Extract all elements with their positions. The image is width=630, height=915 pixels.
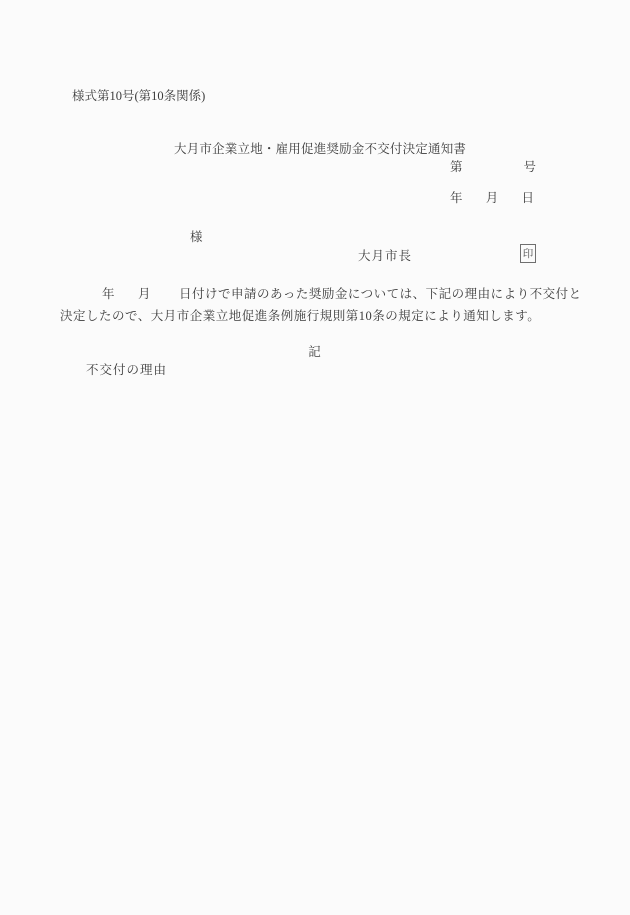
body-line-1: 年月日付けで申請のあった奨励金については、下記の理由により不交付と — [60, 284, 576, 306]
addressee-honorific: 様 — [190, 227, 203, 245]
day-blank — [151, 297, 179, 298]
form-number-label: 様式第10号(第10条関係) — [72, 86, 205, 104]
doc-number-suffix: 号 — [523, 157, 536, 175]
date-line: 年 月 日 — [450, 188, 534, 206]
reason-label: 不交付の理由 — [86, 360, 167, 378]
body-line1-text: 日付けで申請のあった奨励金については、下記の理由により不交付と — [179, 287, 582, 301]
record-heading: 記 — [0, 342, 630, 360]
body-year-label: 年 — [102, 287, 115, 301]
date-day-label: 日 — [521, 188, 534, 206]
doc-number-prefix: 第 — [450, 157, 463, 175]
document-number-line: 第 号 — [450, 157, 536, 175]
body-line-2: 決定したので、大月市企業立地促進条例施行規則第10条の規定により通知します。 — [60, 306, 576, 328]
seal-mark: 印 — [520, 244, 536, 263]
month-blank — [115, 297, 138, 298]
document-page: 様式第10号(第10条関係) 大月市企業立地・雇用促進奨励金不交付決定通知書 第… — [0, 0, 630, 915]
date-month-label: 月 — [486, 188, 499, 206]
date-year-label: 年 — [450, 188, 463, 206]
issuer-title: 大月市長 — [358, 246, 412, 264]
seal-label: 印 — [523, 246, 534, 261]
body-paragraph: 年月日付けで申請のあった奨励金については、下記の理由により不交付と 決定したので… — [60, 284, 576, 327]
body-line2-text: 決定したので、大月市企業立地促進条例施行規則第10条の規定により通知します。 — [60, 309, 540, 323]
document-title: 大月市企業立地・雇用促進奨励金不交付決定通知書 — [174, 139, 466, 157]
application-date-blank — [60, 297, 102, 298]
body-month-label: 月 — [138, 287, 151, 301]
